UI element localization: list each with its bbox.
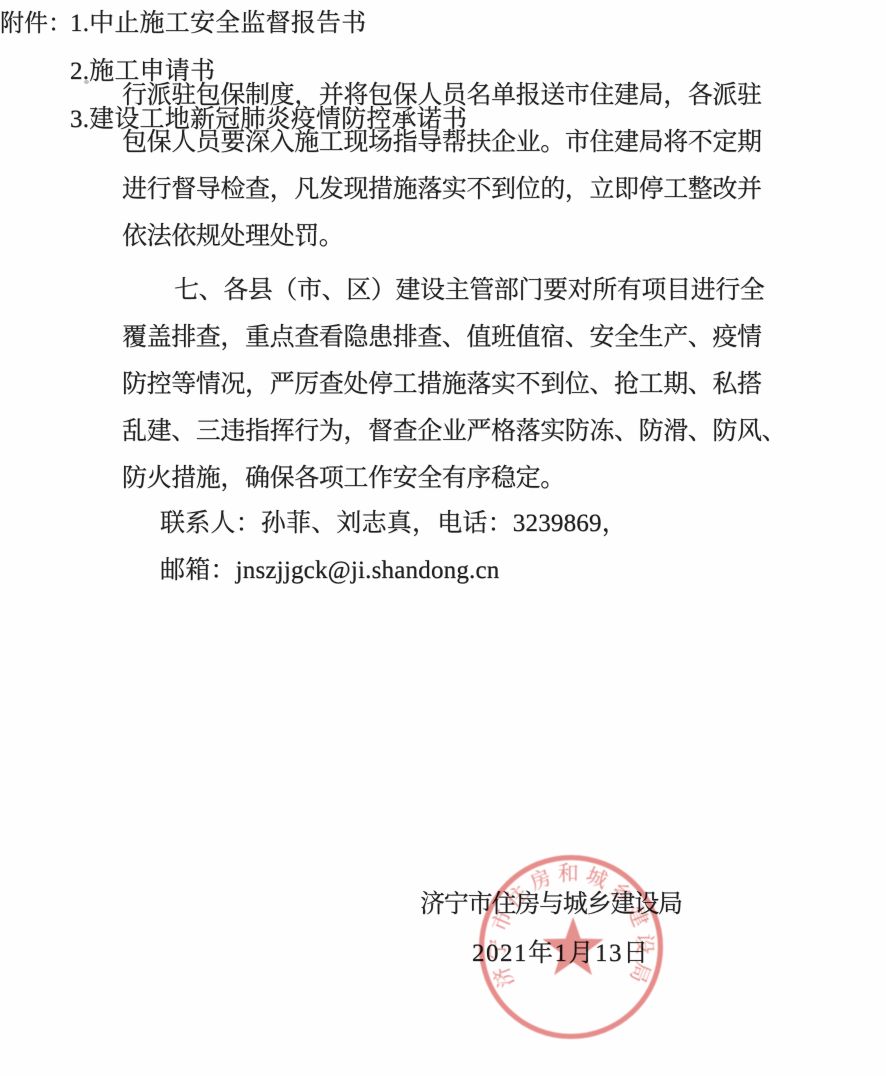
body-line: 依法依规处理处罚。 (122, 213, 782, 260)
body-paragraph-2: 七、各县（市、区）建设主管部门要对所有项目进行全 覆盖排查，重点查看隐患排查、值… (122, 267, 782, 502)
body-line: 行派驻包保制度，并将包保人员名单报送市住建局，各派驻 (122, 72, 782, 119)
attachment-row: 附件： 1.中止施工安全监督报告书 (0, 0, 600, 48)
body-line: 防火措施，确保各项工作安全有序稳定。 (122, 455, 782, 502)
contact-email-line: 邮箱：jnszjjgck@ji.shandong.cn (160, 547, 820, 594)
seal-star-icon (542, 917, 603, 975)
body-line: 乱建、三违指挥行为，督查企业严格落实防冻、防滑、防风、 (122, 408, 782, 455)
contact-block: 联系人：孙菲、刘志真，电话：3239869， 邮箱：jnszjjgck@ji.s… (160, 500, 820, 594)
attachment-item: 1.中止施工安全监督报告书 (70, 0, 366, 48)
body-line: 包保人员要深入施工现场指导帮扶企业。市住建局将不定期 (122, 119, 782, 166)
body-line: 进行督导检查，凡发现措施落实不到位的，立即停工整改并 (122, 166, 782, 213)
body-paragraph-1: 行派驻包保制度，并将包保人员名单报送市住建局，各派驻 包保人员要深入施工现场指导… (122, 72, 782, 260)
scan-speck (84, 80, 89, 84)
document-page: 行派驻包保制度，并将包保人员名单报送市住建局，各派驻 包保人员要深入施工现场指导… (0, 0, 886, 1076)
body-line: 七、各县（市、区）建设主管部门要对所有项目进行全 (122, 267, 782, 314)
body-line: 覆盖排查，重点查看隐患排查、值班值宿、安全生产、疫情 (122, 314, 782, 361)
official-seal: 济宁市住房和城乡建设局 (467, 843, 675, 1051)
attachments-label: 附件： (0, 0, 70, 48)
body-line: 防控等情况，严厉查处停工措施落实不到位、抢工期、私搭 (122, 361, 782, 408)
contact-person-line: 联系人：孙菲、刘志真，电话：3239869， (160, 500, 820, 547)
